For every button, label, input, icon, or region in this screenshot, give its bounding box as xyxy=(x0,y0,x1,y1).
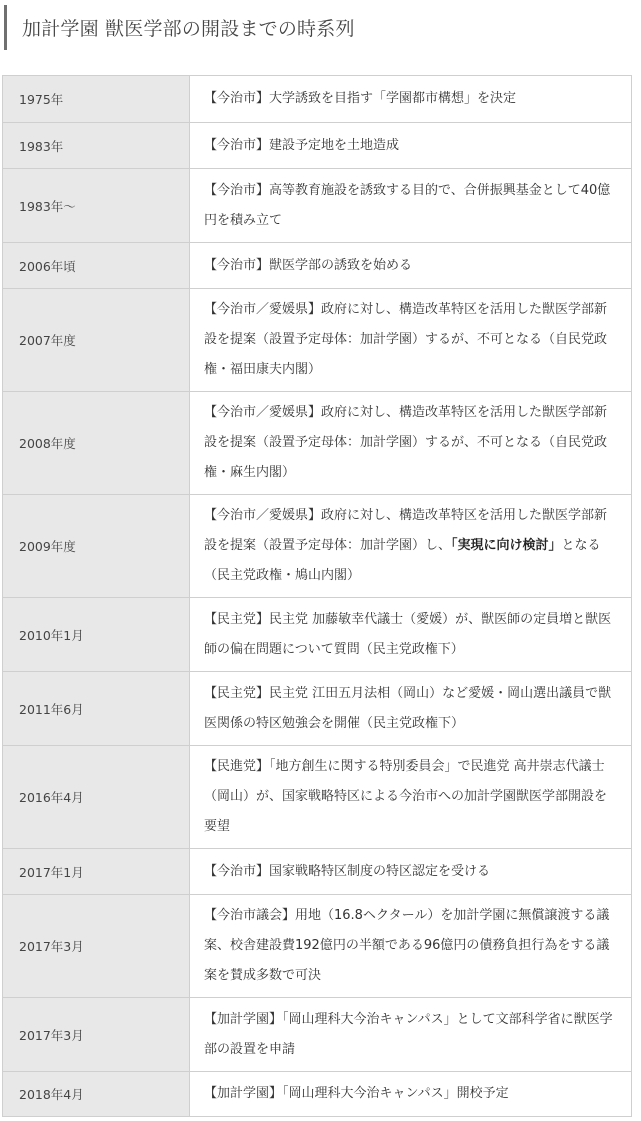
event-cell: 【今治市／愛媛県】政府に対し、構造改革特区を活用した獣医学部新設を提案（設置予定… xyxy=(190,392,632,495)
event-cell: 【今治市】建設予定地を土地造成 xyxy=(190,123,632,169)
table-row: 2017年1月 【今治市】国家戦略特区制度の特区認定を受ける xyxy=(3,849,632,895)
date-cell: 1983年～ xyxy=(3,169,190,243)
table-row: 2018年4月 【加計学園】「岡山理科大今治キャンパス」開校予定 xyxy=(3,1072,632,1117)
date-cell: 2017年1月 xyxy=(3,849,190,895)
timeline-table: 1975年 【今治市】大学誘致を目指す「学園都市構想」を決定 1983年 【今治… xyxy=(2,75,632,1117)
table-row: 2008年度 【今治市／愛媛県】政府に対し、構造改革特区を活用した獣医学部新設を… xyxy=(3,392,632,495)
table-row: 2011年6月 【民主党】民主党 江田五月法相（岡山）など愛媛・岡山選出議員で獣… xyxy=(3,672,632,746)
table-row: 2017年3月 【今治市議会】用地（16.8ヘクタール）を加計学園に無償譲渡する… xyxy=(3,895,632,998)
date-cell: 2006年頃 xyxy=(3,243,190,289)
event-cell: 【今治市】国家戦略特区制度の特区認定を受ける xyxy=(190,849,632,895)
title-block: 加計学園 獣医学部の開設までの時系列 xyxy=(4,5,355,50)
table-row: 1983年 【今治市】建設予定地を土地造成 xyxy=(3,123,632,169)
event-cell: 【加計学園】「岡山理科大今治キャンパス」として文部科学省に獣医学部の設置を申請 xyxy=(190,998,632,1072)
table-row: 2007年度 【今治市／愛媛県】政府に対し、構造改革特区を活用した獣医学部新設を… xyxy=(3,289,632,392)
table-row: 2010年1月 【民主党】民主党 加藤敏幸代議士（愛媛）が、獣医師の定員増と獣医… xyxy=(3,598,632,672)
event-cell: 【今治市】高等教育施設を誘致する目的で、合併振興基金として40億円を積み立て xyxy=(190,169,632,243)
date-cell: 2011年6月 xyxy=(3,672,190,746)
event-cell: 【今治市】大学誘致を目指す「学園都市構想」を決定 xyxy=(190,76,632,123)
date-cell: 2017年3月 xyxy=(3,895,190,998)
table-row: 2006年頃 【今治市】獣医学部の誘致を始める xyxy=(3,243,632,289)
table-row: 2016年4月 【民進党】「地方創生に関する特別委員会」で民進党 高井崇志代議士… xyxy=(3,746,632,849)
date-cell: 2008年度 xyxy=(3,392,190,495)
event-cell: 【今治市／愛媛県】政府に対し、構造改革特区を活用した獣医学部新設を提案（設置予定… xyxy=(190,289,632,392)
event-emphasis: 「実現に向け検討」 xyxy=(451,538,562,553)
event-cell: 【民主党】民主党 加藤敏幸代議士（愛媛）が、獣医師の定員増と獣医師の偏在問題につ… xyxy=(190,598,632,672)
event-cell: 【今治市議会】用地（16.8ヘクタール）を加計学園に無償譲渡する議案、校舎建設費… xyxy=(190,895,632,998)
table-row: 2017年3月 【加計学園】「岡山理科大今治キャンパス」として文部科学省に獣医学… xyxy=(3,998,632,1072)
event-cell: 【今治市】獣医学部の誘致を始める xyxy=(190,243,632,289)
date-cell: 1975年 xyxy=(3,76,190,123)
date-cell: 2009年度 xyxy=(3,495,190,598)
event-cell: 【加計学園】「岡山理科大今治キャンパス」開校予定 xyxy=(190,1072,632,1117)
date-cell: 2018年4月 xyxy=(3,1072,190,1117)
table-row: 2009年度 【今治市／愛媛県】政府に対し、構造改革特区を活用した獣医学部新設を… xyxy=(3,495,632,598)
table-row: 1975年 【今治市】大学誘致を目指す「学園都市構想」を決定 xyxy=(3,76,632,123)
event-cell: 【民進党】「地方創生に関する特別委員会」で民進党 高井崇志代議士（岡山）が、国家… xyxy=(190,746,632,849)
event-cell: 【今治市／愛媛県】政府に対し、構造改革特区を活用した獣医学部新設を提案（設置予定… xyxy=(190,495,632,598)
date-cell: 2007年度 xyxy=(3,289,190,392)
event-cell: 【民主党】民主党 江田五月法相（岡山）など愛媛・岡山選出議員で獣医関係の特区勉強… xyxy=(190,672,632,746)
table-row: 1983年～ 【今治市】高等教育施設を誘致する目的で、合併振興基金として40億円… xyxy=(3,169,632,243)
date-cell: 2016年4月 xyxy=(3,746,190,849)
page-title: 加計学園 獣医学部の開設までの時系列 xyxy=(22,14,355,41)
date-cell: 1983年 xyxy=(3,123,190,169)
date-cell: 2010年1月 xyxy=(3,598,190,672)
date-cell: 2017年3月 xyxy=(3,998,190,1072)
